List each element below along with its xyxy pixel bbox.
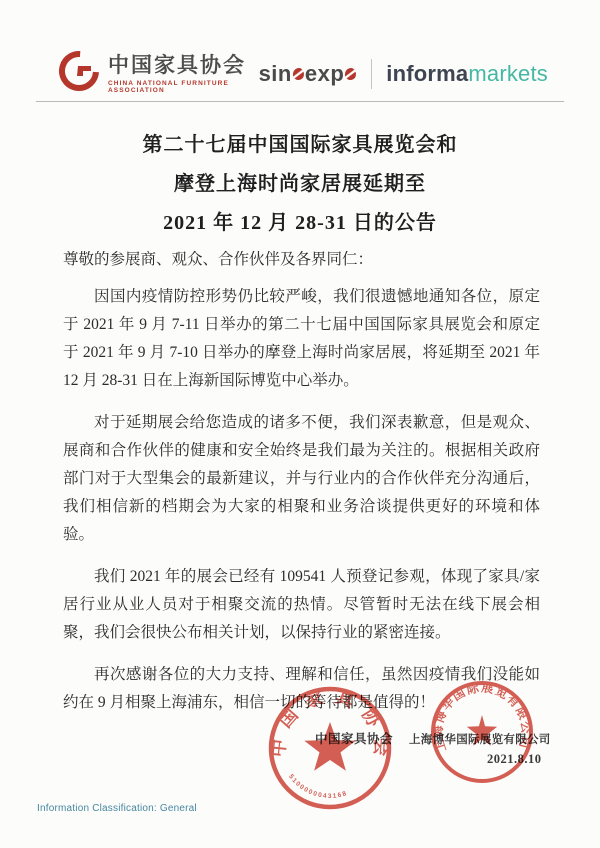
logo-separator: [371, 59, 372, 89]
body-paragraph: 对于延期展会给您造成的诸多不便，我们深表歉意，但是观众、展商和合作伙伴的健康和安…: [63, 409, 540, 549]
header: 中国家具协会 CHINA NATIONAL FURNITURE ASSOCIAT…: [58, 50, 548, 97]
document-page: 中国家具协会 CHINA NATIONAL FURNITURE ASSOCIAT…: [0, 0, 600, 848]
sinoexpo-text: exp: [305, 61, 344, 87]
letter-body: 尊敬的参展商、观众、合作伙伴及各界同仁： 因国内疫情防控形势仍比较严峻，我们很遗…: [63, 246, 540, 731]
body-paragraph: 因国内疫情防控形势仍比较严峻，我们很遗憾地通知各位，原定于 2021 年 9 月…: [63, 283, 540, 395]
sinoexpo-text: sin: [259, 61, 292, 87]
sinoexpo-o-icon: [344, 67, 357, 80]
cnfa-name-en: CHINA NATIONAL FURNITURE ASSOCIATION: [108, 80, 259, 94]
footer-classification: Information Classification: General: [37, 803, 197, 814]
informa-wordmark: informa: [386, 61, 468, 86]
title-line: 第二十七届中国国际家具展览会和: [0, 126, 600, 165]
cnfa-stamp-seal-icon: 中国家具协会 5100000043168: [265, 683, 395, 818]
salutation: 尊敬的参展商、观众、合作伙伴及各界同仁：: [63, 246, 540, 274]
header-divider: [36, 101, 564, 102]
title-line: 摩登上海时尚家居展延期至: [0, 165, 600, 204]
title-line: 2021 年 12 月 28-31 日的公告: [0, 204, 600, 243]
organizer-stamp-seal-icon: 上海博华国际展览有限公司: [429, 679, 535, 790]
informa-markets-logo: informamarkets: [386, 61, 548, 87]
markets-wordmark: markets: [468, 61, 548, 86]
sinoexpo-o-icon: [292, 67, 305, 80]
sinoexpo-logo: sinexp: [259, 61, 358, 87]
body-paragraph: 我们 2021 年的展会已经有 109541 人预登记参观，体现了家具/家居行业…: [63, 563, 540, 647]
announcement-title: 第二十七届中国国际家具展览会和 摩登上海时尚家居展延期至 2021 年 12 月…: [0, 126, 600, 243]
cnfa-name-cn: 中国家具协会: [108, 54, 259, 78]
cnfa-logo: 中国家具协会 CHINA NATIONAL FURNITURE ASSOCIAT…: [58, 50, 259, 97]
cnfa-emblem-icon: [58, 50, 100, 97]
